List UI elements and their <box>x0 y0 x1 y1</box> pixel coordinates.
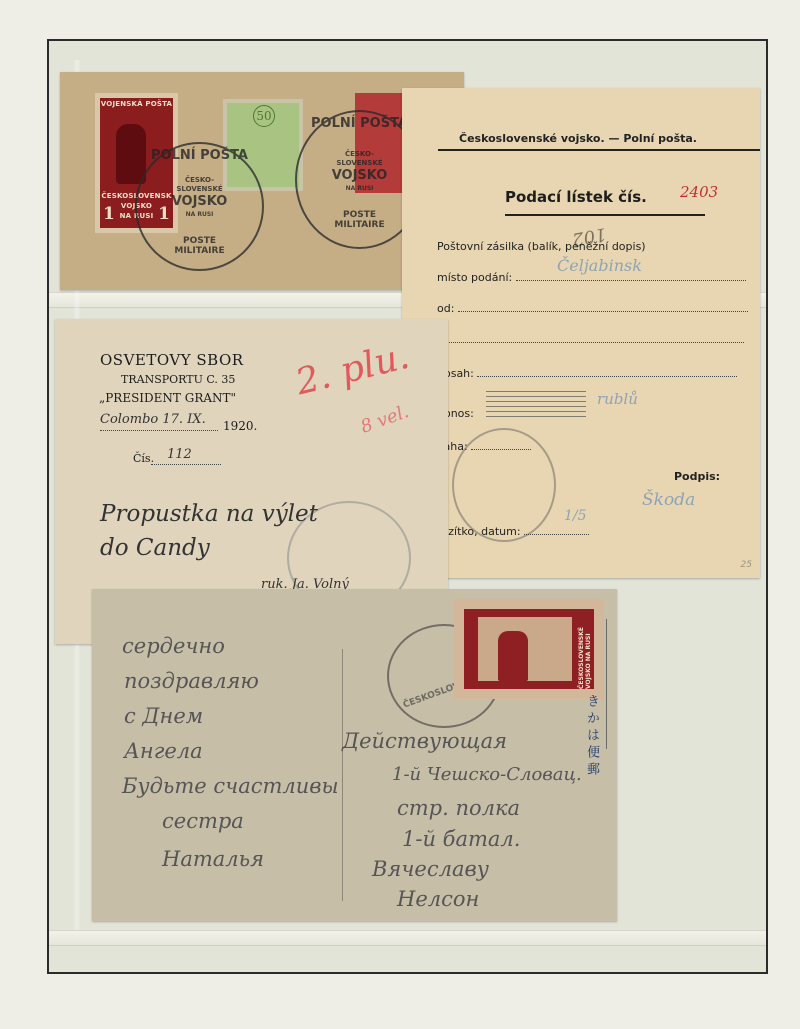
pass-ship-name: „PRESIDENT GRANT" <box>99 391 236 405</box>
message-line: Будьте счастливы <box>122 774 339 798</box>
message-line: поздравляю <box>124 669 259 693</box>
pass-subheading: TRANSPORTU C. 35 <box>121 373 235 386</box>
stamp-value: 50 <box>253 105 275 127</box>
message-line: сердечно <box>122 634 225 658</box>
signature-label: Podpis: <box>674 470 720 483</box>
soldier-silhouette-icon <box>498 631 528 681</box>
field-label: od: <box>437 302 454 315</box>
receipt-number: 2403 <box>680 183 718 201</box>
handwritten-place: Čeljabinsk <box>557 256 642 275</box>
pass-heading: OSVETOVY SBOR <box>100 351 244 369</box>
message-line: сестра <box>162 809 244 833</box>
message-line: с Днем <box>124 704 203 728</box>
postmark-arc-text: POLNÍ POŠTA <box>137 148 262 163</box>
pass-year: 1920. <box>223 419 257 433</box>
postmark-bottom-text: POSTE MILITAIRE <box>137 236 262 256</box>
red-pencil-note: 2. plu. <box>292 336 413 404</box>
message-line: Ангела <box>124 739 203 763</box>
field-post-receipt: Československé vojsko. — Polní pošta. Po… <box>402 88 760 578</box>
stamp-frame: ČESKOSLOVENSKÉ VOJSKO NA RUSI <box>464 609 594 689</box>
message-line: Наталья <box>162 847 264 871</box>
number-dotted-line <box>151 464 221 465</box>
address-line: 1-й Чешско-Словац. <box>392 764 582 785</box>
red-soldier-stamp: ČESKOSLOVENSKÉ VOJSKO NA RUSI <box>454 599 604 699</box>
field-dotted-line <box>444 333 744 343</box>
corner-note: 25 <box>741 560 752 570</box>
japanese-postcard-label: きかは便郵 <box>582 694 601 779</box>
struck-out-amount <box>486 391 586 419</box>
handwritten-amount: rublů <box>597 390 638 408</box>
handwritten-pass-text: Propustka na výlet <box>100 501 318 527</box>
address-line: 1-й батал. <box>402 827 520 851</box>
date-dotted-line <box>100 430 218 431</box>
field-dotted-line <box>458 302 748 312</box>
field-from: od: <box>437 302 752 315</box>
mount-strip <box>49 930 766 946</box>
field-label: místo podání: <box>437 271 512 284</box>
red-pencil-note: 8 vel. <box>358 401 412 438</box>
postmark-line: NA RUSI <box>137 211 262 218</box>
field-shipment-type: Poštovní zásilka (balík, peněžní dopis) <box>437 240 752 253</box>
handwritten-place-date: Colombo 17. IX. <box>100 412 206 427</box>
postmark-line: VOJSKO <box>137 194 262 209</box>
receipt-title: Podací lístek čís. <box>505 188 647 206</box>
postcard-margin-line <box>606 619 607 749</box>
field-amount: obnos: <box>437 407 752 420</box>
stamp-country-label: ČESKOSLOVENSKÉ VOJSKO NA RUSI <box>578 621 592 689</box>
header-rule <box>438 149 760 151</box>
field-contents: obsah: <box>437 367 752 380</box>
postcard-divider <box>342 649 343 901</box>
stamp-top-label: VOJENSKÁ POŠTA <box>100 100 173 108</box>
field-to: : <box>437 333 752 346</box>
postmark-line: SLOVENSKÉ <box>137 185 262 193</box>
postmark-cancel: POLNÍ POŠTA ČESKO- SLOVENSKÉ VOJSKO NA R… <box>135 142 264 271</box>
postmark-line: ČESKO- <box>137 176 262 184</box>
receipt-header: Československé vojsko. — Polní pošta. <box>459 132 697 145</box>
address-line: Вячеславу <box>372 857 489 881</box>
address-line: Нелсон <box>397 887 479 911</box>
address-line: Действующая <box>342 729 507 753</box>
handwritten-signature: Škoda <box>642 490 695 510</box>
title-rule <box>505 214 705 216</box>
postcard-reverse: ČESKOSLOVENSK ČESKOSLOVENSKÉ VOJSKO NA R… <box>92 589 617 921</box>
field-dotted-line <box>477 367 737 377</box>
handwritten-date: 1/5 <box>564 508 587 524</box>
handwritten-destination: do Candy <box>100 535 210 561</box>
stamp-value: 1 <box>103 204 115 224</box>
pass-number: 112 <box>167 447 192 462</box>
address-line: стр. полка <box>397 796 520 820</box>
faint-postmark <box>452 428 556 542</box>
field-label: Poštovní zásilka (balík, peněžní dopis) <box>437 240 646 253</box>
